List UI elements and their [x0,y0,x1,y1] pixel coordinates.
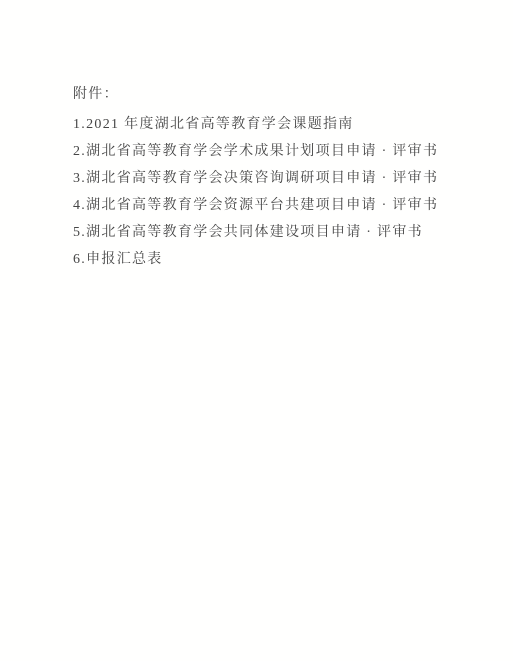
attachment-item-2: 2.湖北省高等教育学会学术成果计划项目申请 · 评审书 [73,138,473,165]
attachment-list: 1.2021 年度湖北省高等教育学会课题指南 2.湖北省高等教育学会学术成果计划… [73,111,473,273]
document-content: 附件： 1.2021 年度湖北省高等教育学会课题指南 2.湖北省高等教育学会学术… [73,81,473,273]
attachment-item-6: 6.申报汇总表 [73,246,473,273]
attachments-heading: 附件： [73,81,473,108]
document-page: 附件： 1.2021 年度湖北省高等教育学会课题指南 2.湖北省高等教育学会学术… [0,0,513,661]
attachment-item-3: 3.湖北省高等教育学会决策咨询调研项目申请 · 评审书 [73,165,473,192]
attachment-item-1: 1.2021 年度湖北省高等教育学会课题指南 [73,111,473,138]
attachment-item-5: 5.湖北省高等教育学会共同体建设项目申请 · 评审书 [73,219,473,246]
attachment-item-4: 4.湖北省高等教育学会资源平台共建项目申请 · 评审书 [73,192,473,219]
